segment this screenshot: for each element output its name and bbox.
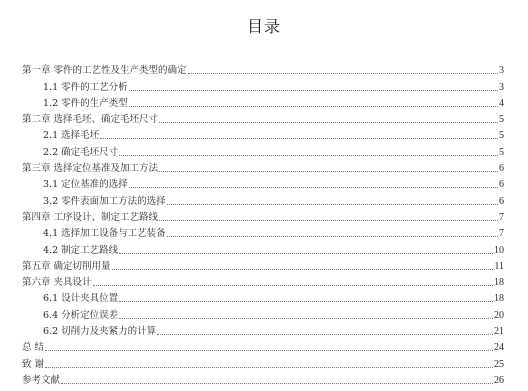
- toc-entry-summary[interactable]: 总 结24: [22, 338, 504, 354]
- toc-entry-chapter-6[interactable]: 第六章 夹具设计18: [22, 273, 504, 289]
- toc-entry-label: 3.1 定位基准的选择: [43, 179, 128, 191]
- toc-entry-page: 18: [494, 293, 504, 305]
- toc-entry-3-2[interactable]: 3.2 零件表面加工方法的选择6: [22, 191, 504, 207]
- dot-leader: [129, 186, 498, 188]
- toc-entry-label: 2.1 选择毛坯: [43, 130, 99, 142]
- dot-leader: [100, 137, 498, 139]
- toc-entry-page: 25: [494, 359, 504, 371]
- dot-leader: [129, 89, 498, 91]
- toc-entry-page: 3: [499, 65, 504, 77]
- toc-entry-2-2[interactable]: 2.2 确定毛坯尺寸5: [22, 142, 504, 158]
- toc-entry-page: 21: [494, 326, 504, 338]
- toc-entry-page: 24: [494, 342, 504, 354]
- toc-entry-label: 第二章 选择毛坯、确定毛坯尺寸: [22, 114, 158, 126]
- toc-entry-chapter-4[interactable]: 第四章 工序设计、制定工艺路线7: [22, 208, 504, 224]
- dot-leader: [167, 203, 498, 205]
- toc-entry-label: 参考文献: [22, 375, 60, 387]
- toc-entry-chapter-2[interactable]: 第二章 选择毛坯、确定毛坯尺寸5: [22, 110, 504, 126]
- dot-leader: [119, 317, 493, 319]
- toc-entry-page: 11: [494, 261, 504, 273]
- toc-entry-chapter-1[interactable]: 第一章 零件的工艺性及生产类型的确定3: [22, 61, 504, 77]
- toc-entry-6-4[interactable]: 6.4 分析定位误差20: [22, 305, 504, 321]
- toc-entry-6-2[interactable]: 6.2 切削力及夹紧力的计算21: [22, 322, 504, 338]
- toc-entry-page: 3: [499, 82, 504, 94]
- toc-entry-3-1[interactable]: 3.1 定位基准的选择6: [22, 175, 504, 191]
- toc-entry-page: 6: [499, 163, 504, 175]
- toc-entry-page: 5: [499, 130, 504, 142]
- toc-entry-label: 第三章 选择定位基准及加工方法: [22, 163, 158, 175]
- toc-entry-chapter-3[interactable]: 第三章 选择定位基准及加工方法6: [22, 159, 504, 175]
- dot-leader: [188, 72, 498, 74]
- toc-entry-label: 第六章 夹具设计: [22, 277, 92, 289]
- toc-entry-label: 6.1 设计夹具位置: [43, 293, 118, 305]
- toc-entry-label: 第四章 工序设计、制定工艺路线: [22, 212, 158, 224]
- toc-entry-page: 4: [499, 98, 504, 110]
- toc-entry-page: 20: [494, 310, 504, 322]
- toc-entry-1-2[interactable]: 1.2 零件的生产类型4: [22, 94, 504, 110]
- toc-entry-label: 致 谢: [22, 359, 44, 371]
- toc-entry-page: 26: [494, 375, 504, 387]
- toc-entry-label: 6.4 分析定位误差: [43, 310, 118, 322]
- toc-entry-label: 总 结: [22, 342, 44, 354]
- toc-entry-4-1[interactable]: 4.1 选择加工设备与工艺装备7: [22, 224, 504, 240]
- table-of-contents: 第一章 零件的工艺性及生产类型的确定3 1.1 零件的工艺分析3 1.2 零件的…: [22, 61, 504, 387]
- toc-entry-references[interactable]: 参考文献26: [22, 371, 504, 387]
- toc-entry-label: 第一章 零件的工艺性及生产类型的确定: [22, 65, 187, 77]
- toc-entry-label: 2.2 确定毛坯尺寸: [43, 147, 118, 159]
- toc-entry-acknowledgements[interactable]: 致 谢25: [22, 354, 504, 370]
- toc-entry-4-2[interactable]: 4.2 制定工艺路线10: [22, 240, 504, 256]
- toc-entry-label: 6.2 切削力及夹紧力的计算: [43, 326, 156, 338]
- dot-leader: [157, 333, 493, 335]
- dot-leader: [159, 170, 498, 172]
- toc-entry-label: 第五章 确定切削用量: [22, 261, 111, 273]
- toc-entry-page: 6: [499, 179, 504, 191]
- dot-leader: [119, 154, 498, 156]
- dot-leader: [45, 349, 493, 351]
- toc-entry-page: 10: [494, 245, 504, 257]
- dot-leader: [45, 366, 493, 368]
- dot-leader: [112, 268, 494, 270]
- dot-leader: [129, 105, 498, 107]
- toc-entry-label: 1.2 零件的生产类型: [43, 98, 128, 110]
- toc-entry-6-1[interactable]: 6.1 设计夹具位置18: [22, 289, 504, 305]
- toc-title: 目录: [0, 14, 528, 37]
- toc-entry-label: 3.2 零件表面加工方法的选择: [43, 196, 166, 208]
- toc-entry-page: 7: [499, 228, 504, 240]
- toc-entry-page: 7: [499, 212, 504, 224]
- dot-leader: [159, 121, 498, 123]
- toc-entry-page: 18: [494, 277, 504, 289]
- toc-entry-2-1[interactable]: 2.1 选择毛坯5: [22, 126, 504, 142]
- dot-leader: [119, 252, 493, 254]
- dot-leader: [93, 284, 493, 286]
- toc-entry-chapter-5[interactable]: 第五章 确定切削用量11: [22, 257, 504, 273]
- toc-entry-label: 4.1 选择加工设备与工艺装备: [43, 228, 166, 240]
- toc-entry-label: 4.2 制定工艺路线: [43, 245, 118, 257]
- dot-leader: [61, 382, 493, 384]
- toc-entry-label: 1.1 零件的工艺分析: [43, 82, 128, 94]
- toc-entry-1-1[interactable]: 1.1 零件的工艺分析3: [22, 77, 504, 93]
- toc-entry-page: 5: [499, 114, 504, 126]
- dot-leader: [119, 300, 493, 302]
- dot-leader: [159, 219, 498, 221]
- dot-leader: [167, 235, 498, 237]
- toc-entry-page: 5: [499, 147, 504, 159]
- toc-entry-page: 6: [499, 196, 504, 208]
